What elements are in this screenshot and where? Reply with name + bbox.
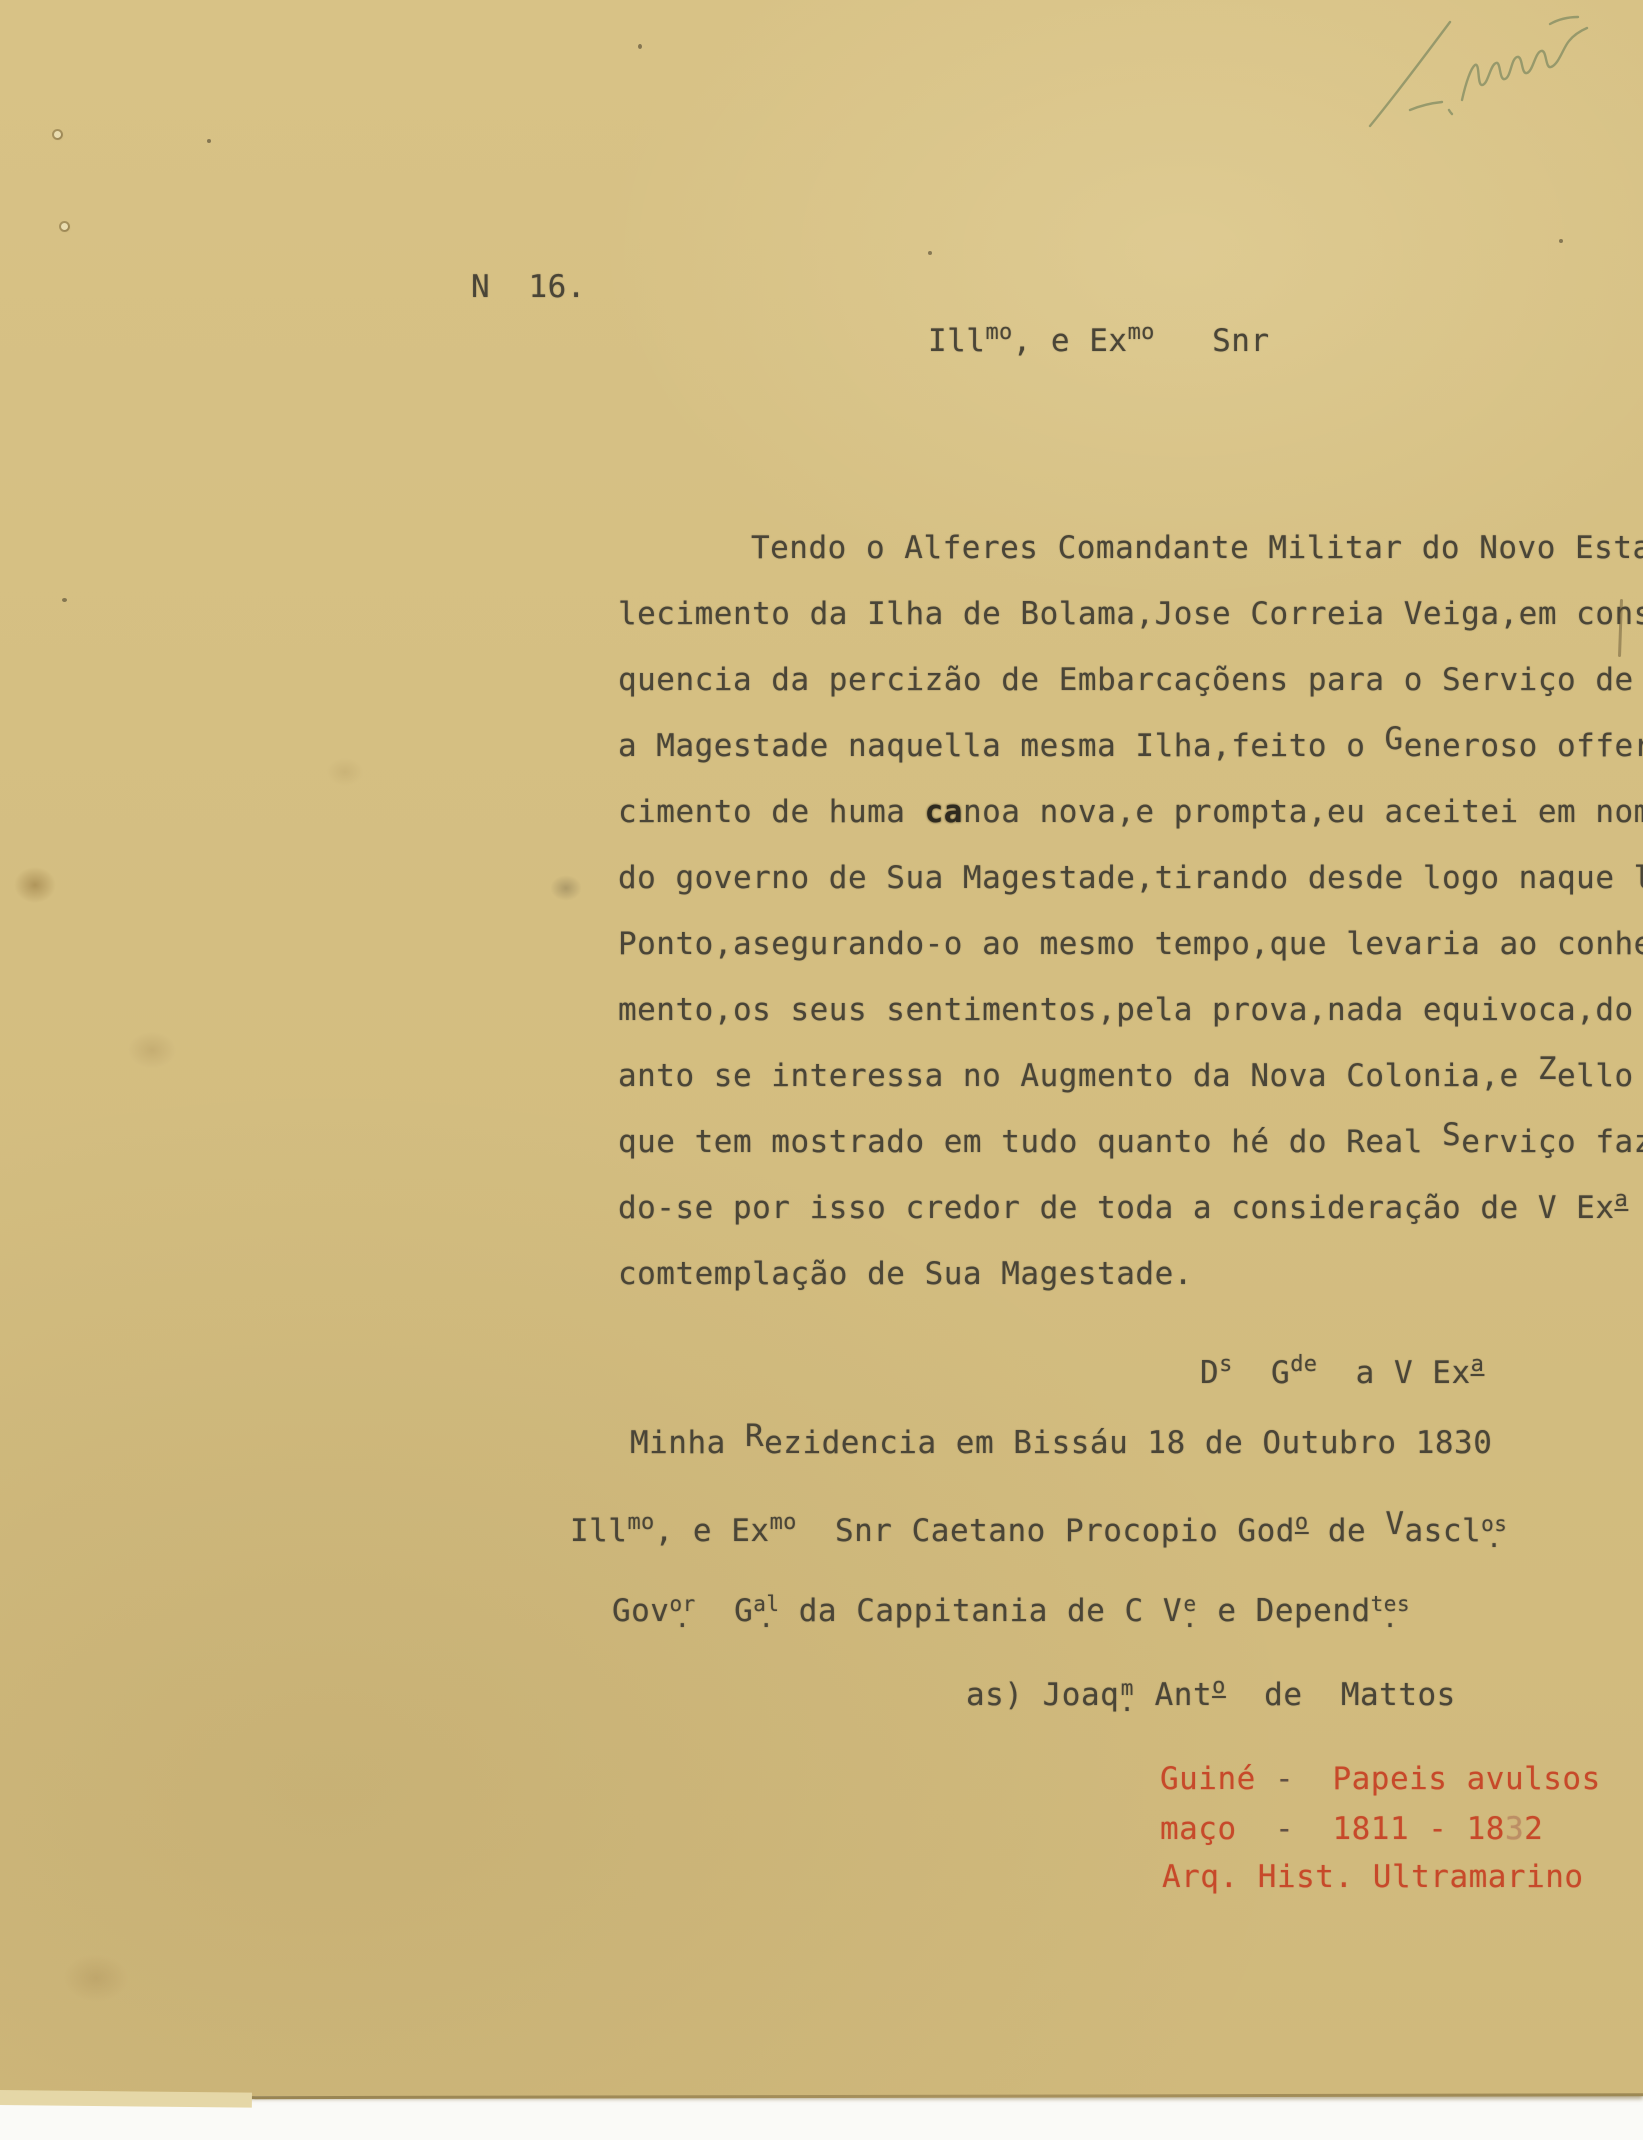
addressee-seg: e Depend [1198, 1593, 1370, 1629]
raised-letter: R [745, 1418, 764, 1454]
paper-sheet: N 16. Illmo, e Exmo Snr Tendo o Alferes … [0, 0, 1643, 2096]
closing-superscript: s [1219, 1352, 1233, 1377]
addressee-seg: da Cappitania de C V [780, 1593, 1182, 1629]
raised-letter: V [1385, 1506, 1404, 1542]
abbreviation-dot: . [1119, 1697, 1135, 1710]
ordinal-letter: a [1615, 1187, 1629, 1212]
pinhole-artifact [54, 131, 61, 138]
addressee-seg: G [696, 1593, 754, 1629]
closing-superscript: de [1290, 1352, 1317, 1377]
abbreviation-stack: e. [1182, 1596, 1198, 1626]
speck-artifact [62, 598, 67, 602]
speck-artifact [207, 139, 211, 143]
dateline-seg: ezidencia em Bissáu 18 de Outubro 1830 [764, 1425, 1492, 1461]
body-text: comtemplação de Sua Magestade. [618, 1256, 1193, 1292]
signature-seg: as) Joaq [966, 1677, 1119, 1713]
addressee-seg: , e Ex [655, 1513, 770, 1549]
abbreviation-stack: os. [1481, 1516, 1507, 1546]
addressee-superscript: mo [770, 1510, 797, 1535]
ordinal-letter: a [1471, 1352, 1485, 1377]
salutation-seg: Ill [928, 323, 986, 359]
abbreviation-dot: . [1182, 1613, 1198, 1626]
salutation-seg: Snr [1155, 323, 1270, 359]
dateline-seg: Minha [630, 1425, 745, 1461]
salutation-superscript: mo [1128, 320, 1155, 345]
speck-artifact [1559, 239, 1563, 243]
stamp-seg: Arq. Hist. Ultramarino [1162, 1859, 1584, 1895]
abbreviation-stack: tes. [1371, 1596, 1410, 1626]
salutation-seg: , e Ex [1013, 323, 1128, 359]
pencil-signature-strokes [1352, 6, 1638, 138]
abbreviation-stack: al. [753, 1596, 779, 1626]
addressee-seg: de [1309, 1513, 1386, 1549]
paper-fold-edge [0, 2090, 252, 2108]
addressee-seg: Ill [570, 1513, 628, 1549]
document-scan: N 16. Illmo, e Exmo Snr Tendo o Alferes … [0, 0, 1643, 2140]
pinhole-artifact [61, 223, 68, 230]
addressee-seg: Gov [612, 1593, 670, 1629]
ordinal-letter: o [1212, 1674, 1226, 1699]
salutation-line: Illmo, e Exmo Snr [813, 278, 1270, 408]
signature-seg: de Mattos [1226, 1677, 1456, 1713]
abbreviation-stack: or. [669, 1596, 695, 1626]
addressee-superscript: mo [627, 1510, 654, 1535]
addressee-seg: Snr Caetano Procopio God [797, 1513, 1295, 1549]
doc-number-text: N 16. [471, 269, 586, 305]
salutation-superscript: mo [985, 320, 1012, 345]
pencil-signature [1352, 6, 1638, 142]
signature-seg: Ant [1135, 1677, 1212, 1713]
ordinal-letter: o [1295, 1510, 1309, 1535]
addressee-seg: ascl [1405, 1513, 1482, 1549]
speck-artifact [928, 251, 932, 255]
archive-stamp-line-3: Arq. Hist. Ultramarino [1047, 1814, 1584, 1940]
doc-number: N 16. [356, 224, 586, 350]
abbreviation-stack: m. [1119, 1680, 1135, 1710]
body-text: e [1628, 1190, 1643, 1226]
speck-artifact [638, 44, 642, 49]
